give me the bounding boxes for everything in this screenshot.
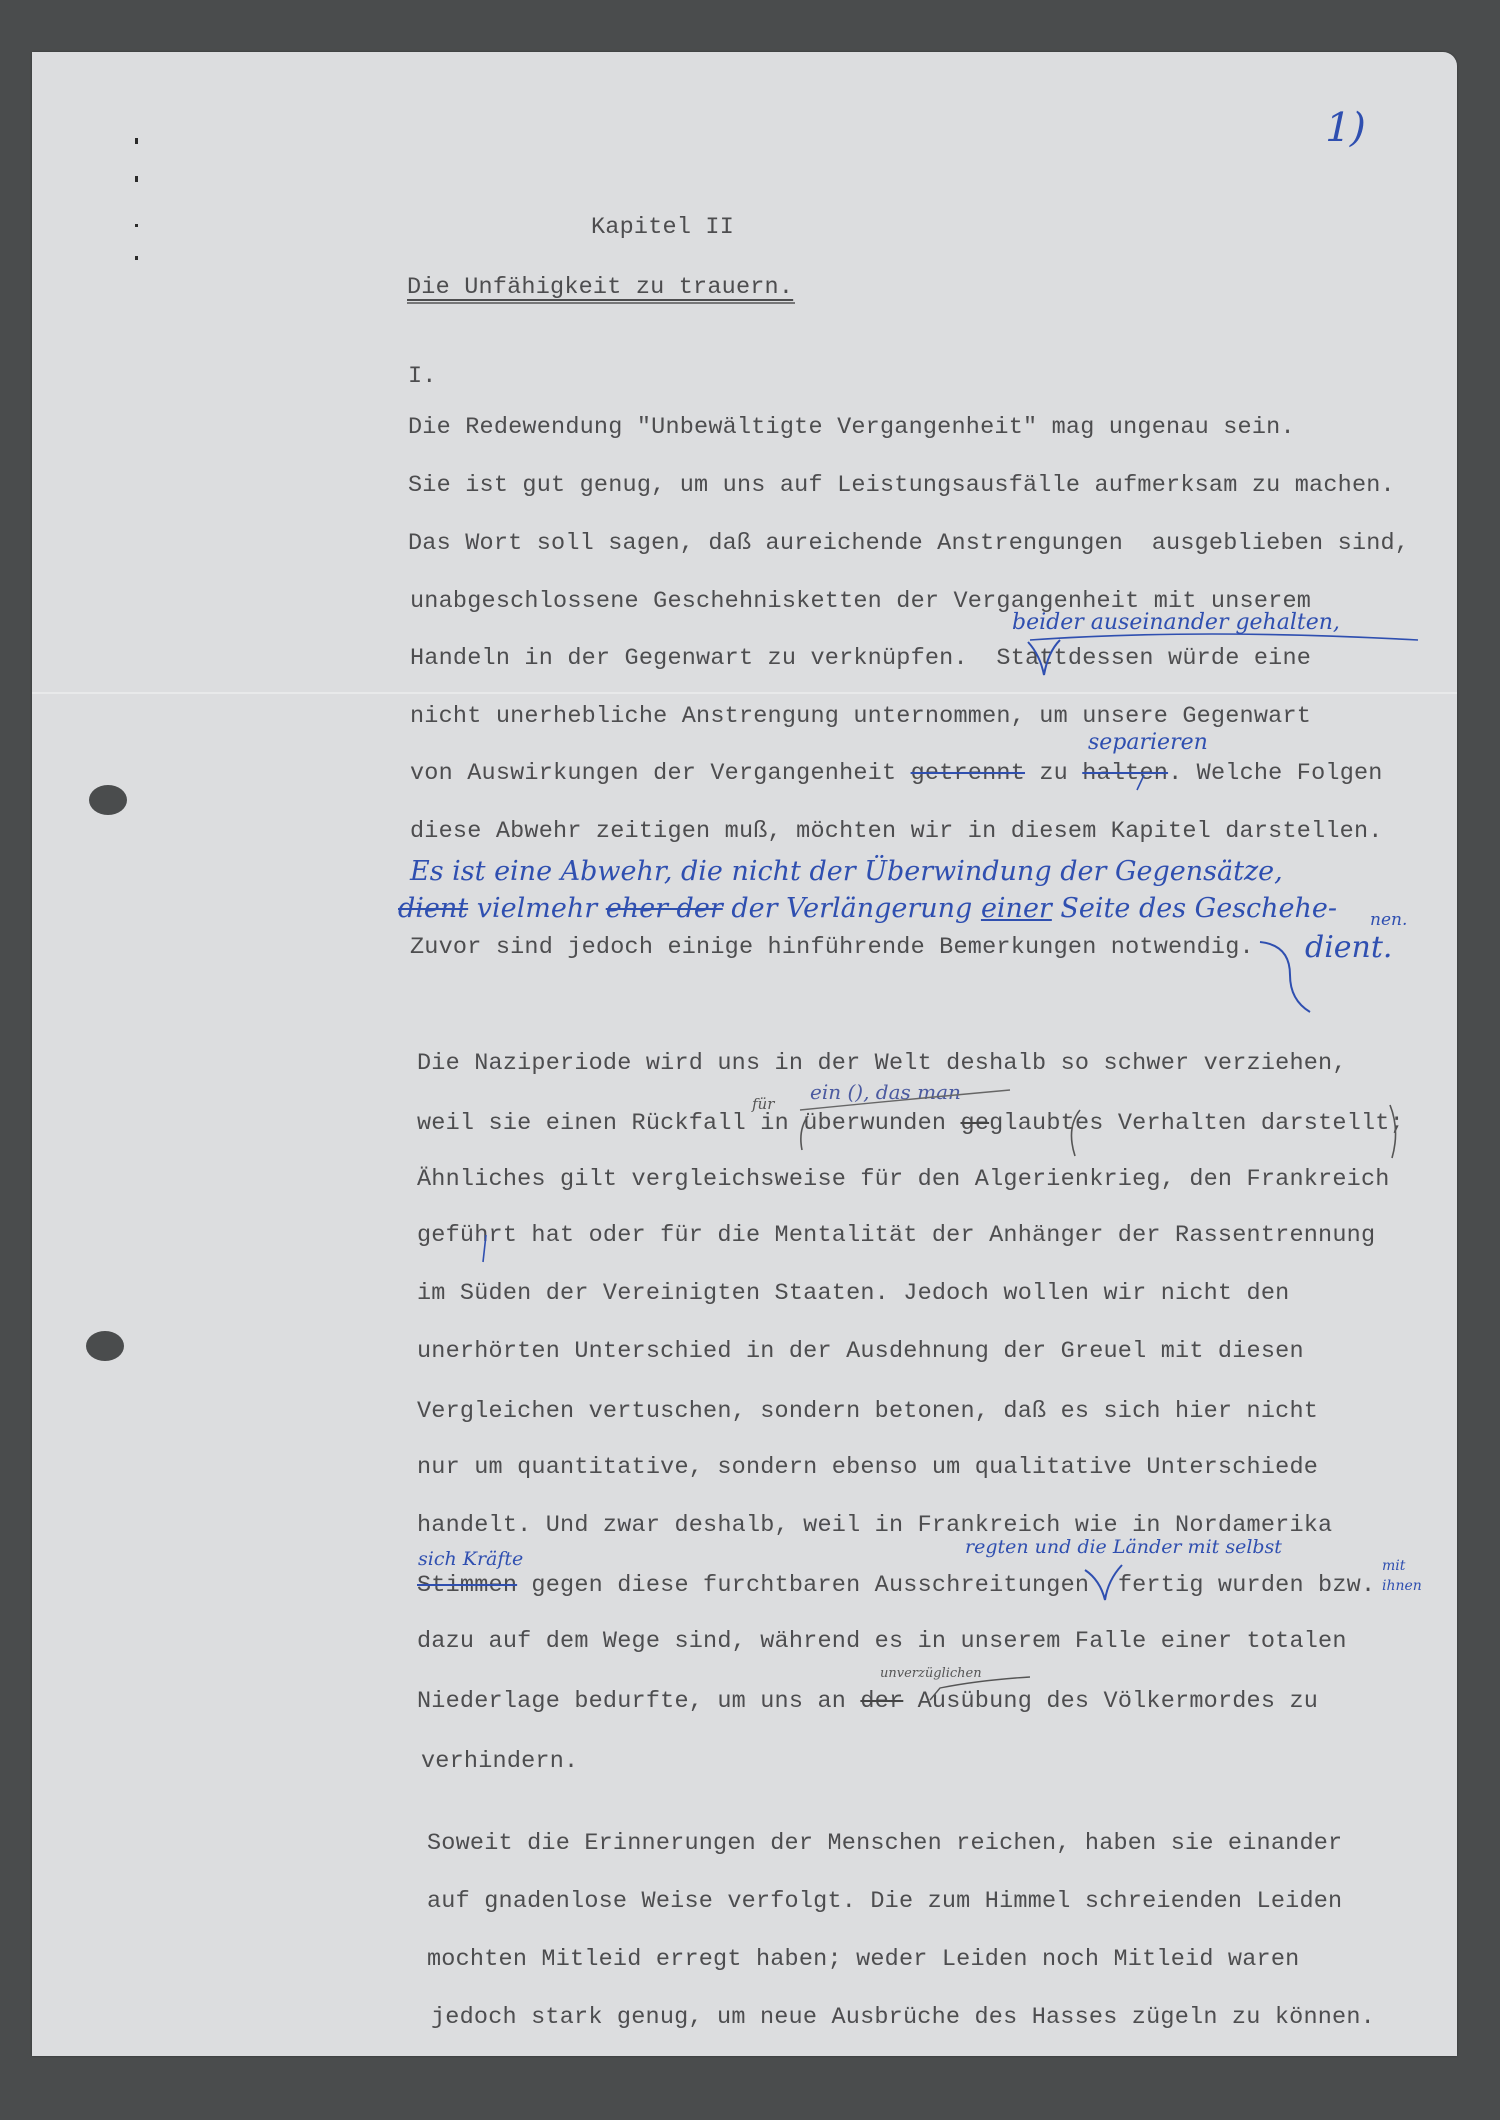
struck-prefix: ge [961,1110,990,1137]
chapter-heading: Kapitel II [591,214,734,241]
underlined-handwriting: einer [981,893,1052,924]
handwritten-hyphen-end: nen. [1370,910,1407,930]
struck-handwriting: eher der [606,893,723,924]
text-segment: gegen diese furchtbaren Ausschreitungen … [517,1572,1375,1599]
handwritten-insert: sich Kräfte [418,1548,523,1570]
text-line: Die Redewendung "Unbewältigte Vergangenh… [408,414,1295,441]
handwritten-insert: beider auseinander gehalten, [1012,610,1340,635]
text-line: mochten Mitleid erregt haben; weder Leid… [427,1946,1299,1973]
paper-fold [32,692,1457,694]
text-line: diese Abwehr zeitigen muß, möchten wir i… [410,818,1383,845]
text-segment: Niederlage bedurfte, um uns an [417,1688,860,1715]
text-line: im Süden der Vereinigten Staaten. Jedoch… [417,1280,1289,1307]
handwriting-segment: Seite des Geschehe- [1060,893,1337,924]
handwritten-insert: regten und die Länder mit selbst [965,1536,1282,1558]
handwritten-replacement: separieren [1088,730,1208,755]
text-line: Die Naziperiode wird uns in der Welt des… [417,1050,1347,1077]
text-segment: weil sie einen Rückfall [417,1110,760,1137]
text-segment: zu [1025,760,1082,787]
punch-hole-top [89,785,127,815]
text-segment: in [760,1110,789,1137]
text-line-with-edits: weil sie einen Rückfall in überwunden ge… [417,1110,1404,1137]
text-line: unerhörten Unterschied in der Ausdehnung… [417,1338,1304,1365]
handwritten-insert: ein (), das man [810,1080,961,1104]
handwritten-above-in: für [752,1095,774,1113]
handwritten-margin-note: mit ihnen [1382,1556,1422,1596]
text-segment: . Welche Folgen [1168,760,1383,787]
text-line: jedoch stark genug, um neue Ausbrüche de… [431,2004,1375,2031]
punch-hole-bottom [86,1331,124,1361]
text-line-with-edits: Niederlage bedurfte, um uns an der Ausüb… [417,1688,1318,1715]
text-line: dazu auf dem Wege sind, während es in un… [417,1628,1347,1655]
struck-word: halten [1082,760,1168,787]
handwritten-insert: unverzüglichen [880,1666,982,1681]
struck-word: Stimmen [417,1572,517,1599]
text-line: Sie ist gut genug, um uns auf Leistungsa… [408,472,1395,499]
text-segment: überwunden [803,1110,960,1137]
text-segment: Verhalten darstellt; [1118,1110,1404,1137]
text-line-with-edits: Stimmen gegen diese furchtbaren Ausschre… [417,1572,1375,1599]
text-line: verhindern. [421,1748,578,1775]
text-line: nur um quantitative, sondern ebenso um q… [417,1454,1318,1481]
text-line: auf gnadenlose Weise verfolgt. Die zum H… [427,1888,1342,1915]
handwritten-insert-line: dient vielmehr eher der der Verlängerung… [398,893,1337,924]
text-line: geführt hat oder für die Mentalität der … [417,1222,1375,1249]
text-line-with-edits: von Auswirkungen der Vergangenheit getre… [410,760,1383,787]
margin-mark [135,176,138,182]
text-line: nicht unerhebliche Anstrengung unternomm… [410,703,1311,730]
text-segment: Ausübung des Völkermordes zu [903,1688,1318,1715]
text-line: Das Wort soll sagen, daß aureichende Ans… [408,530,1409,557]
margin-mark [135,256,138,260]
text-line: Zuvor sind jedoch einige hinführende Bem… [410,934,1254,961]
struck-handwriting: dient [398,893,468,924]
text-line: handelt. Und zwar deshalb, weil in Frank… [417,1512,1332,1539]
text-line: Ähnliches gilt vergleichsweise für den A… [417,1166,1390,1193]
text-line: Soweit die Erinnerungen der Menschen rei… [427,1830,1342,1857]
text-line: Vergleichen vertuschen, sondern betonen,… [417,1398,1318,1425]
section-number: I. [408,363,437,390]
struck-word: der [860,1688,903,1715]
text-line: Handeln in der Gegenwart zu verknüpfen. … [410,645,1311,672]
margin-mark [135,138,138,144]
handwriting-segment: vielmehr [477,893,597,924]
handwritten-dient: dient. [1305,930,1392,965]
struck-word: getrennt [911,760,1025,787]
text-segment: glaubtes [989,1110,1103,1137]
handwritten-insert-line: Es ist eine Abwehr, die nicht der Überwi… [410,856,1283,887]
text-segment: von Auswirkungen der Vergangenheit [410,760,911,787]
margin-mark [135,224,138,227]
handwriting-segment: der Verlängerung [731,893,972,924]
chapter-title: Die Unfähigkeit zu trauern. [407,274,793,301]
